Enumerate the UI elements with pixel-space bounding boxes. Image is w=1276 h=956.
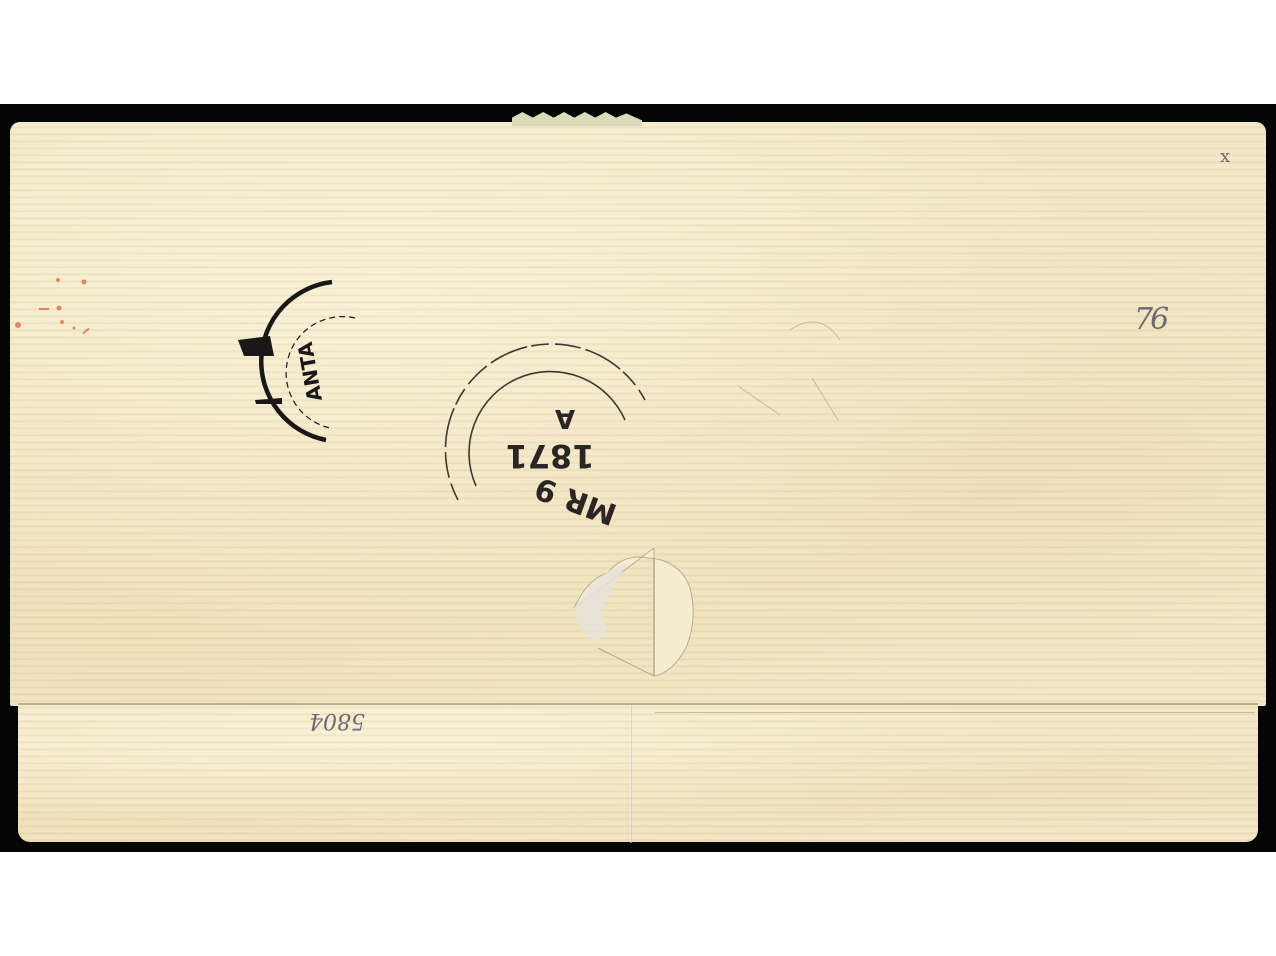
- vertical-crease: [630, 705, 632, 843]
- pencil-number-76: 76: [1134, 302, 1166, 337]
- fold-line: [18, 703, 1258, 705]
- fold-line-inner: [655, 712, 1255, 713]
- postal-cover: A 1871 MR 9 GUAYAQUIL ANTA x 76 5804: [0, 0, 1276, 956]
- wax-seal-remnant: [568, 548, 698, 678]
- red-ink-traces: [14, 270, 94, 340]
- cover-lower-panel: [18, 702, 1258, 842]
- stamp-perforation-remnant: [512, 112, 642, 126]
- pencil-inventory-number: 5804: [302, 708, 372, 733]
- pencil-mark-x: x: [1220, 146, 1230, 167]
